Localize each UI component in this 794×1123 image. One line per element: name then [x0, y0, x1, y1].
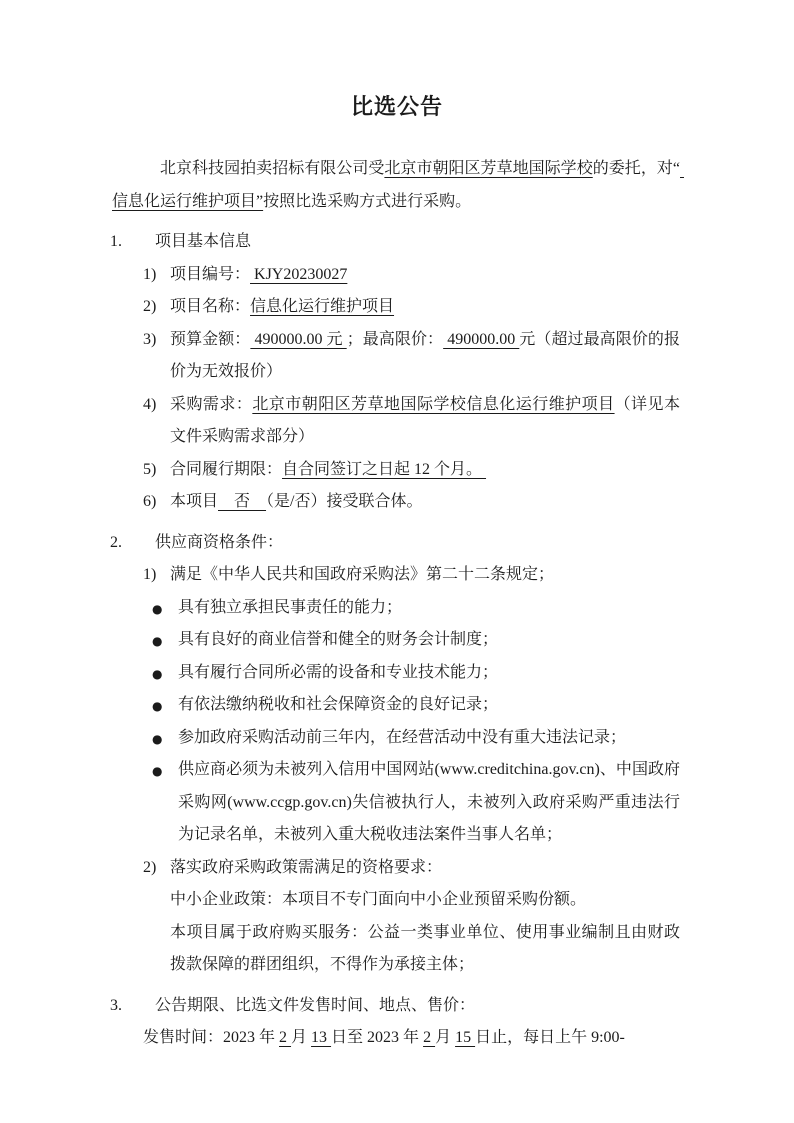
bullet-icon: ●: [152, 658, 162, 691]
section-1-heading: 1.项目基本信息: [110, 226, 680, 259]
item-text: ；最高限价：: [347, 331, 443, 348]
section-number: 1.: [110, 226, 155, 259]
sale-time-line: 发售时间：2023 年 2 月 13 日至 2023 年 2 月 15 日止，每…: [143, 1022, 680, 1055]
intro-paragraph: 北京科技园拍卖招标有限公司受北京市朝阳区芳草地国际学校的委托，对“ 信息化运行维…: [112, 153, 680, 218]
project-number-value: KJY20230027: [250, 266, 347, 283]
bullet-text: 具有良好的商业信誉和健全的财务会计制度；: [178, 631, 498, 648]
bullet-item: ●具有履行合同所必需的设备和专业技术能力；: [152, 657, 680, 690]
bullet-item: ●供应商必须为未被列入信用中国网站(www.creditchina.gov.cn…: [152, 754, 680, 852]
consortium-answer: 否: [218, 493, 266, 510]
item-label: 项目编号：: [170, 266, 250, 283]
sale-end-month: 2: [423, 1029, 435, 1046]
item-project-name: 2)项目名称：信息化运行维护项目: [143, 291, 680, 324]
client-name-underlined: 北京市朝阳区芳草地国际学校: [384, 160, 592, 177]
item-project-number: 1)项目编号： KJY20230027: [143, 259, 680, 292]
bullet-item: ●有依法缴纳税收和社会保障资金的良好记录；: [152, 689, 680, 722]
bullet-item: ●具有良好的商业信誉和健全的财务会计制度；: [152, 624, 680, 657]
section-title: 公告期限、比选文件发售时间、地点、售价：: [155, 997, 475, 1014]
item-text: 本项目: [170, 493, 218, 510]
item-label: 预算金额：: [170, 331, 250, 348]
section-title: 项目基本信息: [155, 233, 251, 250]
bullet-icon: ●: [152, 690, 162, 723]
price-cap-value: 490000.00: [443, 331, 519, 348]
intro-text: 按照比选采购方式进行采购。: [263, 193, 471, 210]
bullet-text: 具有履行合同所必需的设备和专业技术能力；: [178, 664, 498, 681]
bullet-text: 具有独立承担民事责任的能力；: [178, 599, 402, 616]
item-marker: 1): [143, 559, 156, 592]
document-title: 比选公告: [0, 90, 794, 123]
bullet-text: 有依法缴纳税收和社会保障资金的良好记录；: [178, 696, 498, 713]
bullet-icon: ●: [152, 625, 162, 658]
demand-value: 北京市朝阳区芳草地国际学校信息化运行维护项目: [252, 396, 614, 413]
item-text: （是/否）接受联合体。: [266, 493, 422, 510]
item-marker: 5): [143, 454, 156, 487]
item-marker: 1): [143, 259, 156, 292]
document-page: 比选公告 北京科技园拍卖招标有限公司受北京市朝阳区芳草地国际学校的委托，对“ 信…: [0, 0, 794, 1123]
bullet-text: 参加政府采购活动前三年内，在经营活动中没有重大违法记录；: [178, 729, 626, 746]
section-number: 2.: [110, 527, 155, 560]
item-text: 满足《中华人民共和国政府采购法》第二十二条规定；: [170, 566, 554, 583]
section-3-heading: 3.公告期限、比选文件发售时间、地点、售价：: [110, 990, 680, 1023]
intro-text: 北京科技园拍卖招标有限公司受: [160, 160, 384, 177]
section-title: 供应商资格条件：: [155, 534, 283, 551]
item-marker: 2): [143, 852, 156, 885]
project-name-value: 信息化运行维护项目: [250, 298, 394, 315]
item-label: 合同履行期限：: [170, 461, 282, 478]
item-marker: 4): [143, 389, 156, 422]
sale-start-month: 2: [279, 1029, 291, 1046]
item-contract-period: 5)合同履行期限：自合同签订之日起 12 个月。: [143, 454, 680, 487]
section-number: 3.: [110, 990, 155, 1023]
bullet-text: 供应商必须为未被列入信用中国网站(www.creditchina.gov.cn)…: [178, 761, 680, 843]
sale-time-text: 月: [291, 1029, 311, 1046]
gov-purchase-paragraph: 本项目属于政府购买服务：公益一类事业单位、使用事业编制且由财政拨款保障的群团组织…: [170, 917, 680, 982]
item-label: 采购需求：: [170, 396, 252, 413]
item-budget: 3)预算金额： 490000.00 元 ；最高限价： 490000.00 元（超…: [143, 324, 680, 389]
bullet-icon: ●: [152, 723, 162, 756]
item-qualification-law: 1)满足《中华人民共和国政府采购法》第二十二条规定；: [143, 559, 680, 592]
item-marker: 3): [143, 324, 156, 357]
bullet-icon: ●: [152, 593, 162, 626]
item-policy-requirements: 2)落实政府采购政策需满足的资格要求：: [143, 852, 680, 885]
sale-time-text: 月: [435, 1029, 455, 1046]
section-2-heading: 2.供应商资格条件：: [110, 527, 680, 560]
item-marker: 2): [143, 291, 156, 324]
intro-text: 的委托，对“: [593, 160, 680, 177]
sme-policy-paragraph: 中小企业政策：本项目不专门面向中小企业预留采购份额。: [170, 884, 680, 917]
contract-period-value: 自合同签订之日起 12 个月。: [282, 461, 486, 478]
item-label: 项目名称：: [170, 298, 250, 315]
sale-time-text: 2023 年: [223, 1029, 279, 1046]
sale-time-text: 日至 2023 年: [331, 1029, 423, 1046]
item-marker: 6): [143, 486, 156, 519]
sale-end-day: 15: [455, 1029, 475, 1046]
budget-value: 490000.00 元: [250, 331, 346, 348]
item-text: 落实政府采购政策需满足的资格要求：: [170, 859, 442, 876]
bullet-item: ●具有独立承担民事责任的能力；: [152, 592, 680, 625]
bullet-icon: ●: [152, 755, 162, 788]
sale-start-day: 13: [311, 1029, 331, 1046]
item-consortium: 6)本项目 否 （是/否）接受联合体。: [143, 486, 680, 519]
sale-time-label: 发售时间：: [143, 1029, 223, 1046]
item-procurement-demand: 4)采购需求：北京市朝阳区芳草地国际学校信息化运行维护项目（详见本文件采购需求部…: [143, 389, 680, 454]
bullet-item: ●参加政府采购活动前三年内，在经营活动中没有重大违法记录；: [152, 722, 680, 755]
sale-time-text: 日止，每日上午 9:00-: [475, 1029, 625, 1046]
